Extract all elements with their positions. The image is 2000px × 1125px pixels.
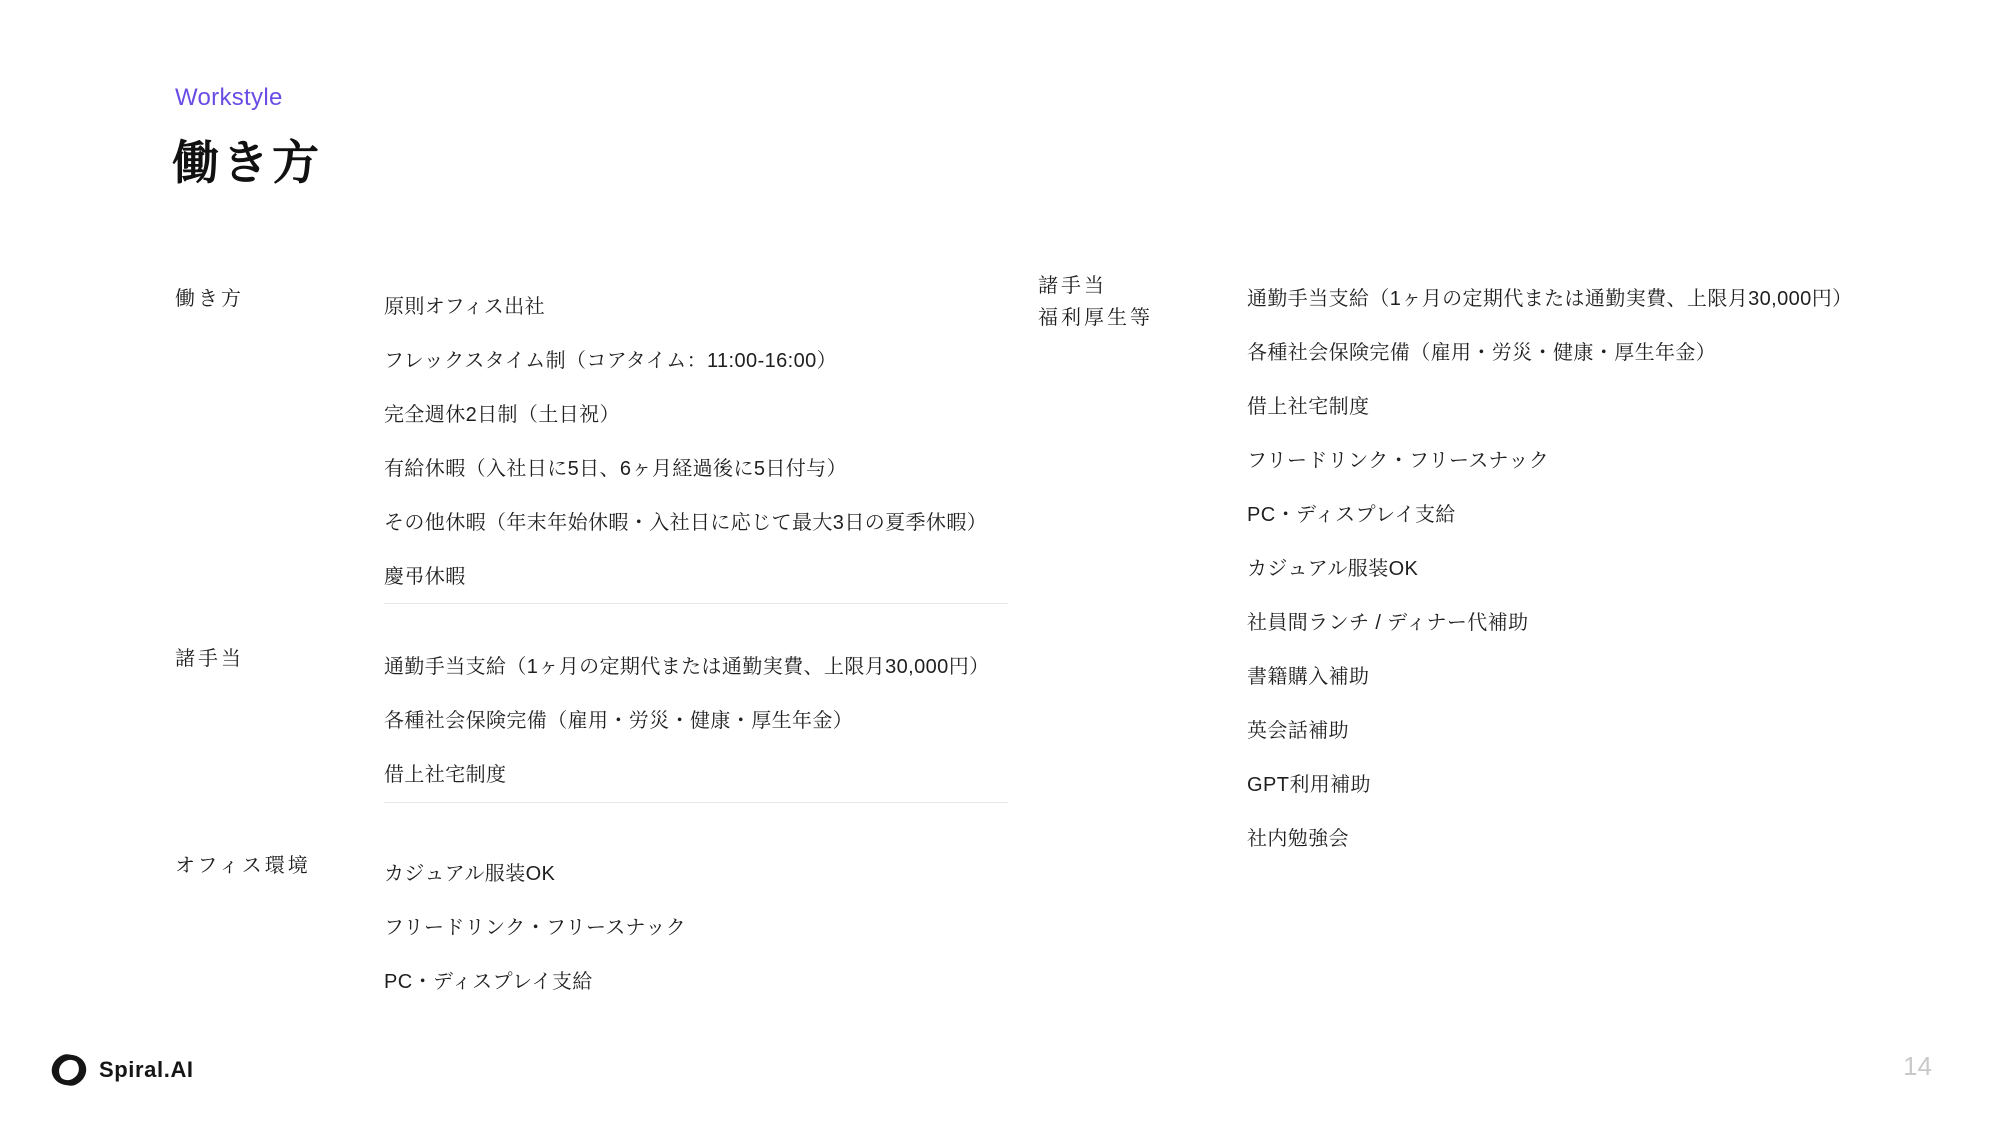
list-item: 社内勉強会 <box>1247 826 1853 852</box>
list-item: フリードリンク・フリースナック <box>384 915 686 941</box>
allowance-items: 通勤手当支給（1ヶ月の定期代または通勤実費、上限月30,000円）各種社会保険完… <box>384 643 990 816</box>
list-item: 有給休暇（入社日に5日、6ヶ月経過後に5日付与） <box>384 456 987 482</box>
list-item: 完全週休2日制（土日祝） <box>384 402 987 428</box>
spiral-logo-icon <box>48 1051 90 1089</box>
list-item: 原則オフィス出社 <box>384 294 987 320</box>
list-item: 各種社会保険完備（雇用・労災・健康・厚生年金） <box>1247 340 1853 366</box>
list-item: PC・ディスプレイ支給 <box>384 969 686 995</box>
benefits-label-line2: 福利厚生等 <box>1038 302 1247 334</box>
workstyle-slide: Workstyle 働き方 働き方 原則オフィス出社フレックスタイム制（コアタイ… <box>0 0 2000 1125</box>
section-label-workstyle: 働き方 <box>175 283 384 315</box>
section-label-allowance: 諸手当 <box>175 643 384 675</box>
section-workstyle: 働き方 原則オフィス出社フレックスタイム制（コアタイム：11:00-16:00）… <box>175 283 987 618</box>
section-label-office-environment: オフィス環境 <box>175 850 384 882</box>
list-item: カジュアル服装OK <box>1247 556 1853 582</box>
section-benefits-welfare: 諸手当 福利厚生等 通勤手当支給（1ヶ月の定期代または通勤実費、上限月30,00… <box>1038 270 1853 880</box>
list-item: 借上社宅制度 <box>384 762 990 788</box>
section-divider <box>384 802 1008 803</box>
list-item: 英会話補助 <box>1247 718 1853 744</box>
company-logo: Spiral.AI <box>48 1051 194 1089</box>
list-item: カジュアル服装OK <box>384 861 686 887</box>
list-item: フリードリンク・フリースナック <box>1247 448 1853 474</box>
slide-title: 働き方 <box>172 126 322 193</box>
list-item: 借上社宅制度 <box>1247 394 1853 420</box>
list-item: 慶弔休暇 <box>384 564 987 590</box>
list-item: PC・ディスプレイ支給 <box>1247 502 1853 528</box>
section-label-benefits-welfare: 諸手当 福利厚生等 <box>1038 270 1247 334</box>
list-item: GPT利用補助 <box>1247 772 1853 798</box>
list-item: 各種社会保険完備（雇用・労災・健康・厚生年金） <box>384 708 990 734</box>
workstyle-items: 原則オフィス出社フレックスタイム制（コアタイム：11:00-16:00）完全週休… <box>384 283 987 618</box>
page-number: 14 <box>1903 1051 1932 1082</box>
list-item: 社員間ランチ / ディナー代補助 <box>1247 610 1853 636</box>
benefits-welfare-items: 通勤手当支給（1ヶ月の定期代または通勤実費、上限月30,000円）各種社会保険完… <box>1247 270 1853 880</box>
section-allowance: 諸手当 通勤手当支給（1ヶ月の定期代または通勤実費、上限月30,000円）各種社… <box>175 643 990 816</box>
slide-eyebrow: Workstyle <box>175 84 283 112</box>
list-item: 通勤手当支給（1ヶ月の定期代または通勤実費、上限月30,000円） <box>1247 286 1853 312</box>
benefits-label-line1: 諸手当 <box>1038 270 1247 302</box>
list-item: その他休暇（年末年始休暇・入社日に応じて最大3日の夏季休暇） <box>384 510 987 536</box>
section-office-environment: オフィス環境 カジュアル服装OKフリードリンク・フリースナックPC・ディスプレイ… <box>175 850 686 1023</box>
list-item: 通勤手当支給（1ヶ月の定期代または通勤実費、上限月30,000円） <box>384 654 990 680</box>
logo-text: Spiral.AI <box>99 1057 194 1083</box>
section-divider <box>384 603 1008 604</box>
list-item: 書籍購入補助 <box>1247 664 1853 690</box>
office-environment-items: カジュアル服装OKフリードリンク・フリースナックPC・ディスプレイ支給 <box>384 850 686 1023</box>
list-item: フレックスタイム制（コアタイム：11:00-16:00） <box>384 348 987 374</box>
